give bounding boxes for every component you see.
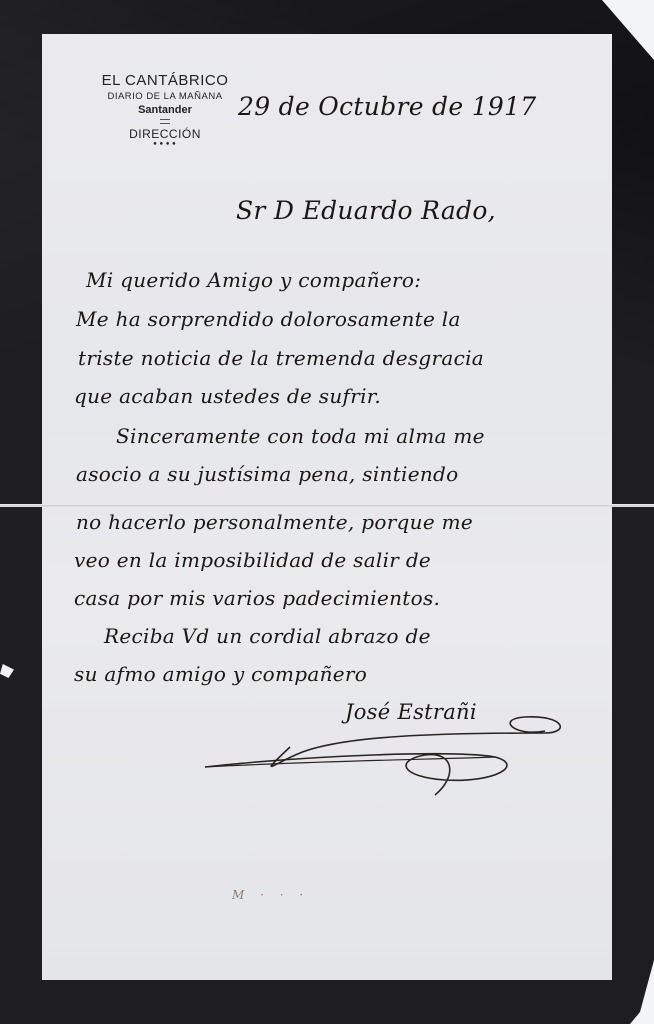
body-line: Me ha sorprendido dolorosamente la [76,307,461,331]
letterhead-rule [160,119,170,124]
body-line: su afmo amigo y compañero [74,662,367,686]
newspaper-department: DIRECCIÓN [90,127,240,141]
body-line: Sinceramente con toda mi alma me [116,424,485,448]
body-line: Reciba Vd un cordial abrazo de [104,624,431,648]
body-line: no hacerlo personalmente, porque me [76,510,473,534]
body-line: casa por mis varios padecimientos. [74,586,440,610]
letter-date: 29 de Octubre de 1917 [238,92,537,121]
body-line: asocio a su justísima pena, sintiendo [76,462,459,486]
body-line: triste noticia de la tremenda desgracia [78,346,484,370]
letterhead: EL CANTÁBRICO DIARIO DE LA MAÑANA Santan… [90,72,240,150]
newspaper-name: EL CANTÁBRICO [90,72,240,89]
body-line: que acaban ustedes de sufrir. [74,384,381,408]
newspaper-subtitle: DIARIO DE LA MAÑANA [90,91,240,102]
faint-pencil-marks: M · · · [232,888,309,902]
signature-flourish-icon [195,705,575,805]
body-line: veo en la imposibilidad de salir de [74,548,431,572]
ornament-dots: •••• [90,140,240,150]
salutation: Sr D Eduardo Rado, [236,196,496,225]
letter-paper [42,34,612,980]
body-line: Mi querido Amigo y compañero: [86,268,421,292]
newspaper-city: Santander [90,104,240,116]
fold-crease [0,504,654,507]
